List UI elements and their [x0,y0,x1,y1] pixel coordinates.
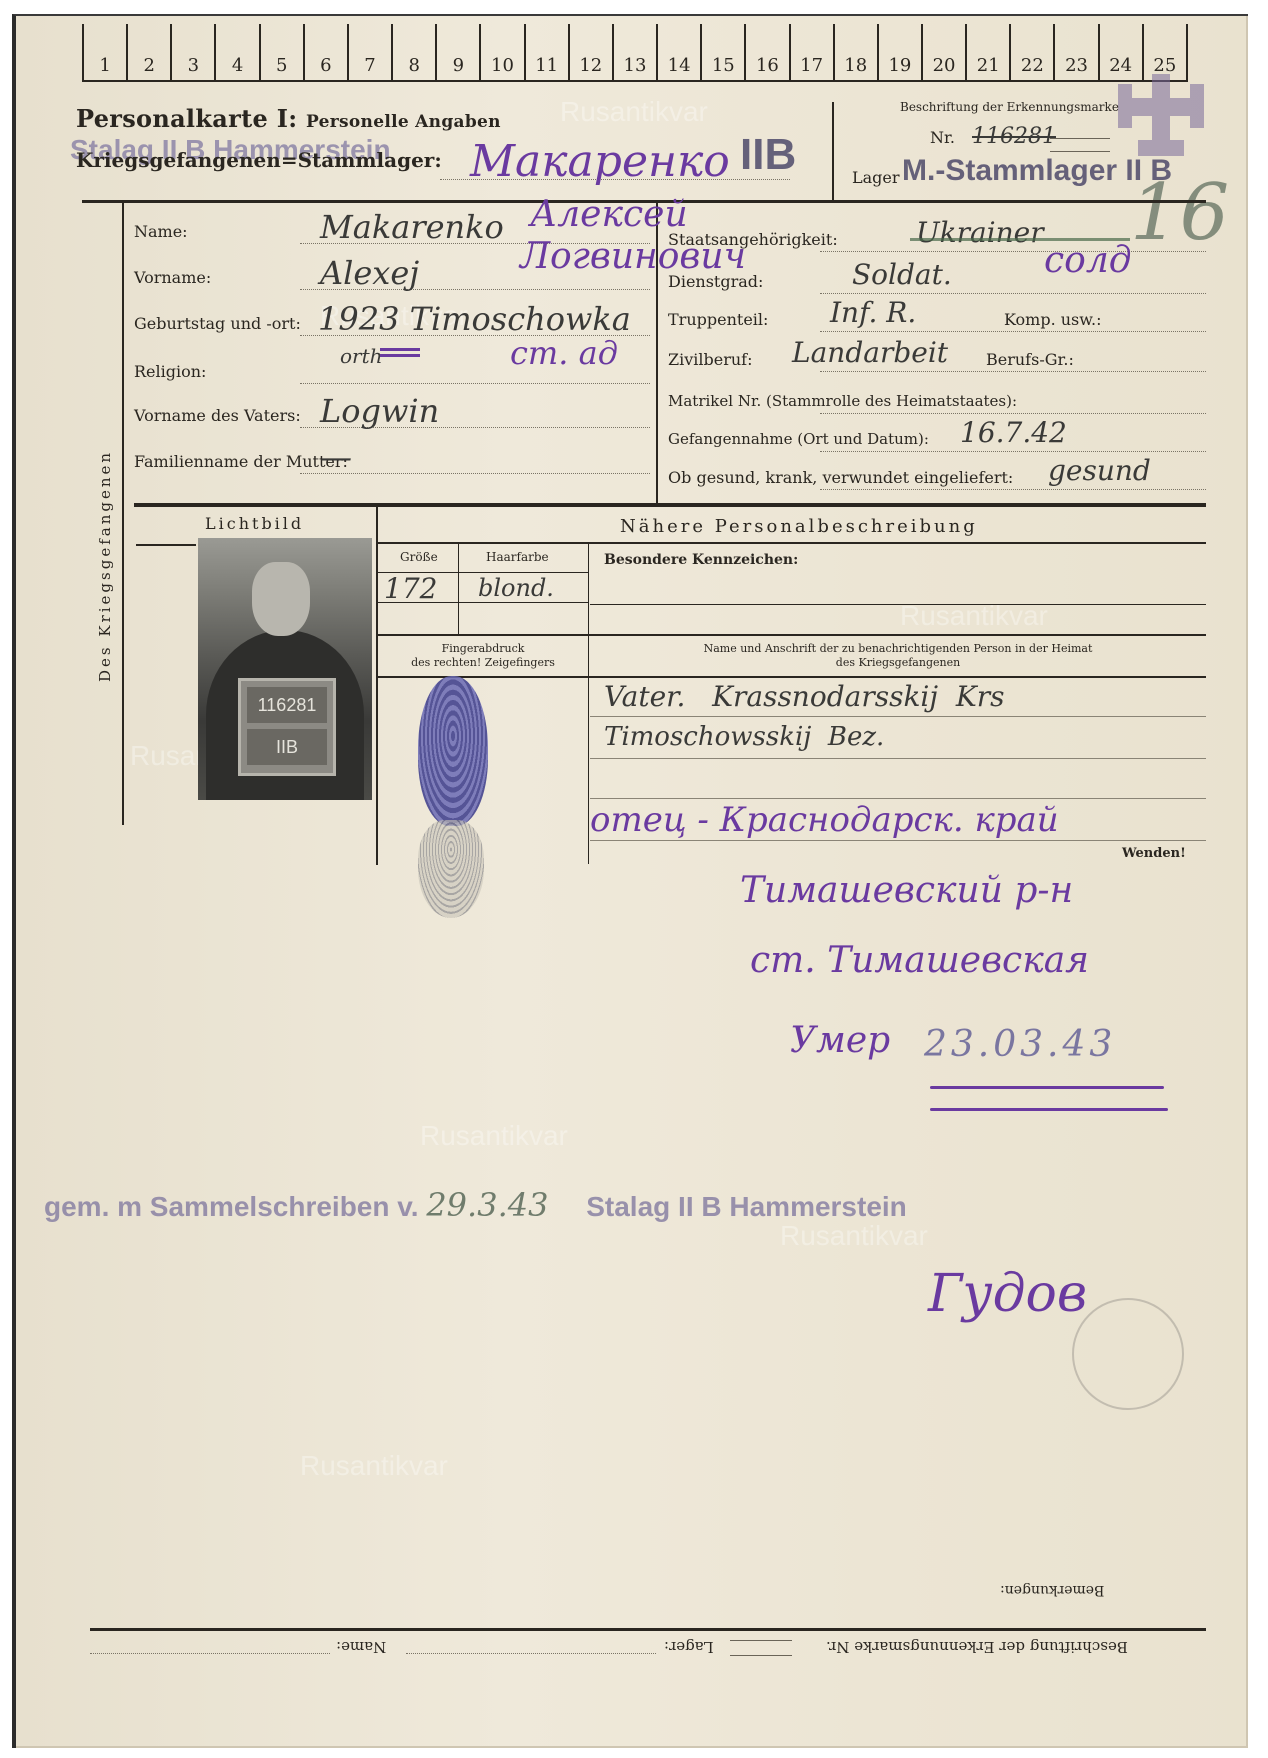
index-ruler: 1234567891011121314151617181920212223242… [82,24,1188,82]
field-value: — [320,438,352,476]
ruler-cell: 25 [1142,24,1188,80]
ruler-number: 3 [172,55,214,76]
prisoner-photo: 116281 IIB [198,538,372,800]
ruler-cell: 12 [568,24,612,80]
table-rule [378,676,1206,678]
contact-label: Name und Anschrift der zu benachrichtige… [590,642,1206,670]
field-dotted-line [820,450,1206,452]
footer-tag-label: Beschriftung der Erkennungsmarke Nr. [826,1638,1128,1656]
field-label: Gefangennahme (Ort und Datum): [668,430,929,448]
ruler-cell: 9 [435,24,479,80]
ruler-number: 6 [305,55,347,76]
nationality-underline [910,238,1130,241]
section-rule [134,503,1206,507]
ruler-cell: 3 [170,24,214,80]
signature: Гудов [928,1264,1087,1324]
ruler-cell: 19 [877,24,921,80]
ruler-number: 7 [349,55,391,76]
camp-label: Kriegsgefangenen=Stammlager: [76,148,442,172]
field-label: Zivilberuf: [668,350,752,369]
field-value: Inf. R. [830,296,916,329]
date-underline [930,1108,1168,1111]
section-title: Nähere Personalbeschreibung [620,516,978,537]
ruler-cell: 5 [259,24,303,80]
field-value: Landarbeit [792,336,948,369]
header-divider [832,102,834,200]
ruler-cell: 21 [965,24,1009,80]
field-dotted-line [820,370,1206,372]
field-value: 1923 Timoschowka [318,300,631,338]
ruler-number: 14 [658,55,700,76]
field-dotted-line [820,488,1206,490]
ruler-number: 11 [526,55,568,76]
height-label: Größe [400,550,438,564]
photo-divider [376,507,378,865]
contact-rule [590,798,1206,799]
ruler-cell: 4 [214,24,258,80]
turn-over-note: Wenden! [1122,846,1186,861]
contact-line-2: Timoschowsskij Bez. [604,722,884,752]
ruler-number: 10 [481,55,523,76]
field-label: Vorname: [134,268,211,287]
field-dotted-line [300,472,650,474]
ruler-number: 19 [879,55,921,76]
footer-tag-lines [730,1640,792,1656]
field-label: Matrikel Nr. (Stammrolle des Heimatstaat… [668,392,1017,410]
fingerprint-faded [418,820,484,918]
height-value: 172 [384,572,437,605]
cross-stamp-icon [1118,74,1204,156]
ruler-cell: 7 [347,24,391,80]
ruler-number: 12 [570,55,612,76]
camp-code-stamp: IIB [740,130,796,180]
field-label: Truppenteil: [668,310,768,329]
ruler-cell: 10 [479,24,523,80]
round-seal [1072,1298,1184,1410]
title-main: Personalkarte I: [76,104,297,133]
side-label: Des Kriegsgefangenen [96,392,116,682]
russian-note-1: отец - Краснодарск. край [590,800,1059,840]
fingerprint-label-line1: Fingerabdruck [380,642,586,656]
ruler-cell: 17 [789,24,833,80]
ruler-number: 5 [261,55,303,76]
big-mark: 16 [1130,168,1229,258]
field-value: orth [340,344,383,368]
ruler-number: 24 [1100,55,1142,76]
ruler-number: 2 [128,55,170,76]
field-extra-label: Komp. usw.: [1004,310,1102,329]
table-divider [458,544,459,634]
ruler-number: 15 [702,55,744,76]
death-prefix: Умер [790,1020,890,1061]
ruler-cell: 13 [612,24,656,80]
ruler-cell: 18 [833,24,877,80]
ruler-cell: 20 [921,24,965,80]
contact-label-line1: Name und Anschrift der zu benachrichtige… [590,642,1206,656]
ruler-cell: 2 [126,24,170,80]
ruler-number: 16 [746,55,788,76]
remarks-label: Bemerkungen: [1000,1582,1104,1598]
ruler-cell: 23 [1053,24,1097,80]
marks-label: Besondere Kennzeichen: [604,552,798,568]
field-value: Alexej [320,254,419,292]
stamp-text: gem. m Sammelschreiben v. [44,1191,419,1222]
field-dotted-line [820,330,1206,332]
field-label: Ob gesund, krank, verwundet eingeliefert… [668,468,1013,487]
field-value: Soldat. [852,258,952,291]
tag-lines [1050,138,1110,152]
tag-lager-label: Lager [852,168,900,187]
field-label: Geburtstag und -ort: [134,314,301,333]
ruler-number: 21 [967,55,1009,76]
contact-rule [590,758,1206,759]
russian-note-2: Тимашевский р-н [740,870,1073,911]
ruler-cell: 11 [524,24,568,80]
field-value: Logwin [320,392,439,430]
ruler-cell: 6 [303,24,347,80]
annotation-patronymic: Логвинович [520,236,746,277]
field-value: 16.7.42 [960,416,1067,449]
ruler-number: 9 [437,55,479,76]
field-value: Makarenko [320,208,504,246]
annotation-rank: солд [1044,240,1132,281]
ruler-cell: 14 [656,24,700,80]
contact-label-line2: des Kriegsgefangenen [590,656,1206,670]
ruler-number: 13 [614,55,656,76]
field-extra-label: Berufs-Gr.: [986,350,1074,369]
field-label: Name: [134,222,188,241]
fingerprint-label-line2: des rechten! Zeigefingers [380,656,586,670]
field-dotted-line [300,382,650,384]
contact-line-1: Vater. Krassnodarsskij Krs [604,680,1005,713]
fingerprint-label: Fingerabdruck des rechten! Zeigefingers [380,642,586,670]
double-underline [380,348,420,351]
footer-name-label: Name: [336,1638,386,1656]
fingerprint [418,676,488,826]
footer-name-line [90,1652,330,1654]
footer-lager-line [406,1652,656,1654]
russian-note-3: ст. Тимашевская [750,940,1089,981]
side-divider [122,203,124,825]
ruler-number: 22 [1011,55,1053,76]
tag-nr-label: Nr. [930,128,955,147]
ruler-cell: 16 [744,24,788,80]
tag-nr-value: 116281 [972,124,1056,149]
field-label: Familienname der Mutter: [134,452,348,471]
ruler-number: 18 [835,55,877,76]
hair-value: blond. [478,574,554,602]
photo-rule [136,544,196,546]
field-dotted-line [820,292,1206,294]
stamp-camp: Stalag II B Hammerstein [586,1191,907,1222]
field-value: Ukrainer [916,216,1044,249]
ruler-number: 25 [1144,55,1186,76]
ruler-number: 17 [791,55,833,76]
photo-plate-number: 116281 [247,687,327,723]
contact-rule [590,840,1206,841]
field-label: Religion: [134,362,206,381]
hair-label: Haarfarbe [486,550,549,564]
footer-rule [90,1628,1206,1631]
stamp-date: 29.3.43 [426,1186,548,1224]
death-date: 23.03.43 [924,1024,1116,1065]
annotation-birthplace: ст. ад [510,334,618,372]
field-value: gesund [1048,454,1151,487]
collective-letter-stamp: gem. m Sammelschreiben v. 29.3.43 Stalag… [44,1186,907,1224]
field-label: Vorname des Vaters: [134,406,301,425]
ruler-number: 23 [1055,55,1097,76]
ruler-cell: 1 [82,24,126,80]
table-rule [378,602,588,603]
field-dotted-line [820,412,1206,414]
card-title: Personalkarte I: Personelle Angaben [76,104,501,133]
camp-handwritten: Макаренко [470,136,730,187]
ruler-number: 8 [393,55,435,76]
date-underline [930,1086,1164,1089]
ruler-number: 1 [84,55,126,76]
section-title-rule [378,542,1206,544]
title-subtitle: Personelle Angaben [306,112,501,132]
annotation-name-cyrillic: Алексей [530,194,688,235]
ruler-cell: 15 [700,24,744,80]
field-dotted-line [820,250,1206,252]
ruler-number: 20 [923,55,965,76]
ruler-cell: 8 [391,24,435,80]
ruler-cell: 22 [1009,24,1053,80]
ruler-cell: 24 [1098,24,1142,80]
marks-rule [590,604,1206,605]
photo-plate-camp: IIB [247,729,327,765]
ruler-number: 4 [216,55,258,76]
photo-label: Lichtbild [205,514,304,533]
table-rule [378,634,1206,636]
footer-lager-label: Lager: [664,1638,714,1656]
table-divider [588,544,589,864]
contact-rule [590,716,1206,717]
tag-caption: Beschriftung der Erkennungsmarke [900,100,1119,114]
